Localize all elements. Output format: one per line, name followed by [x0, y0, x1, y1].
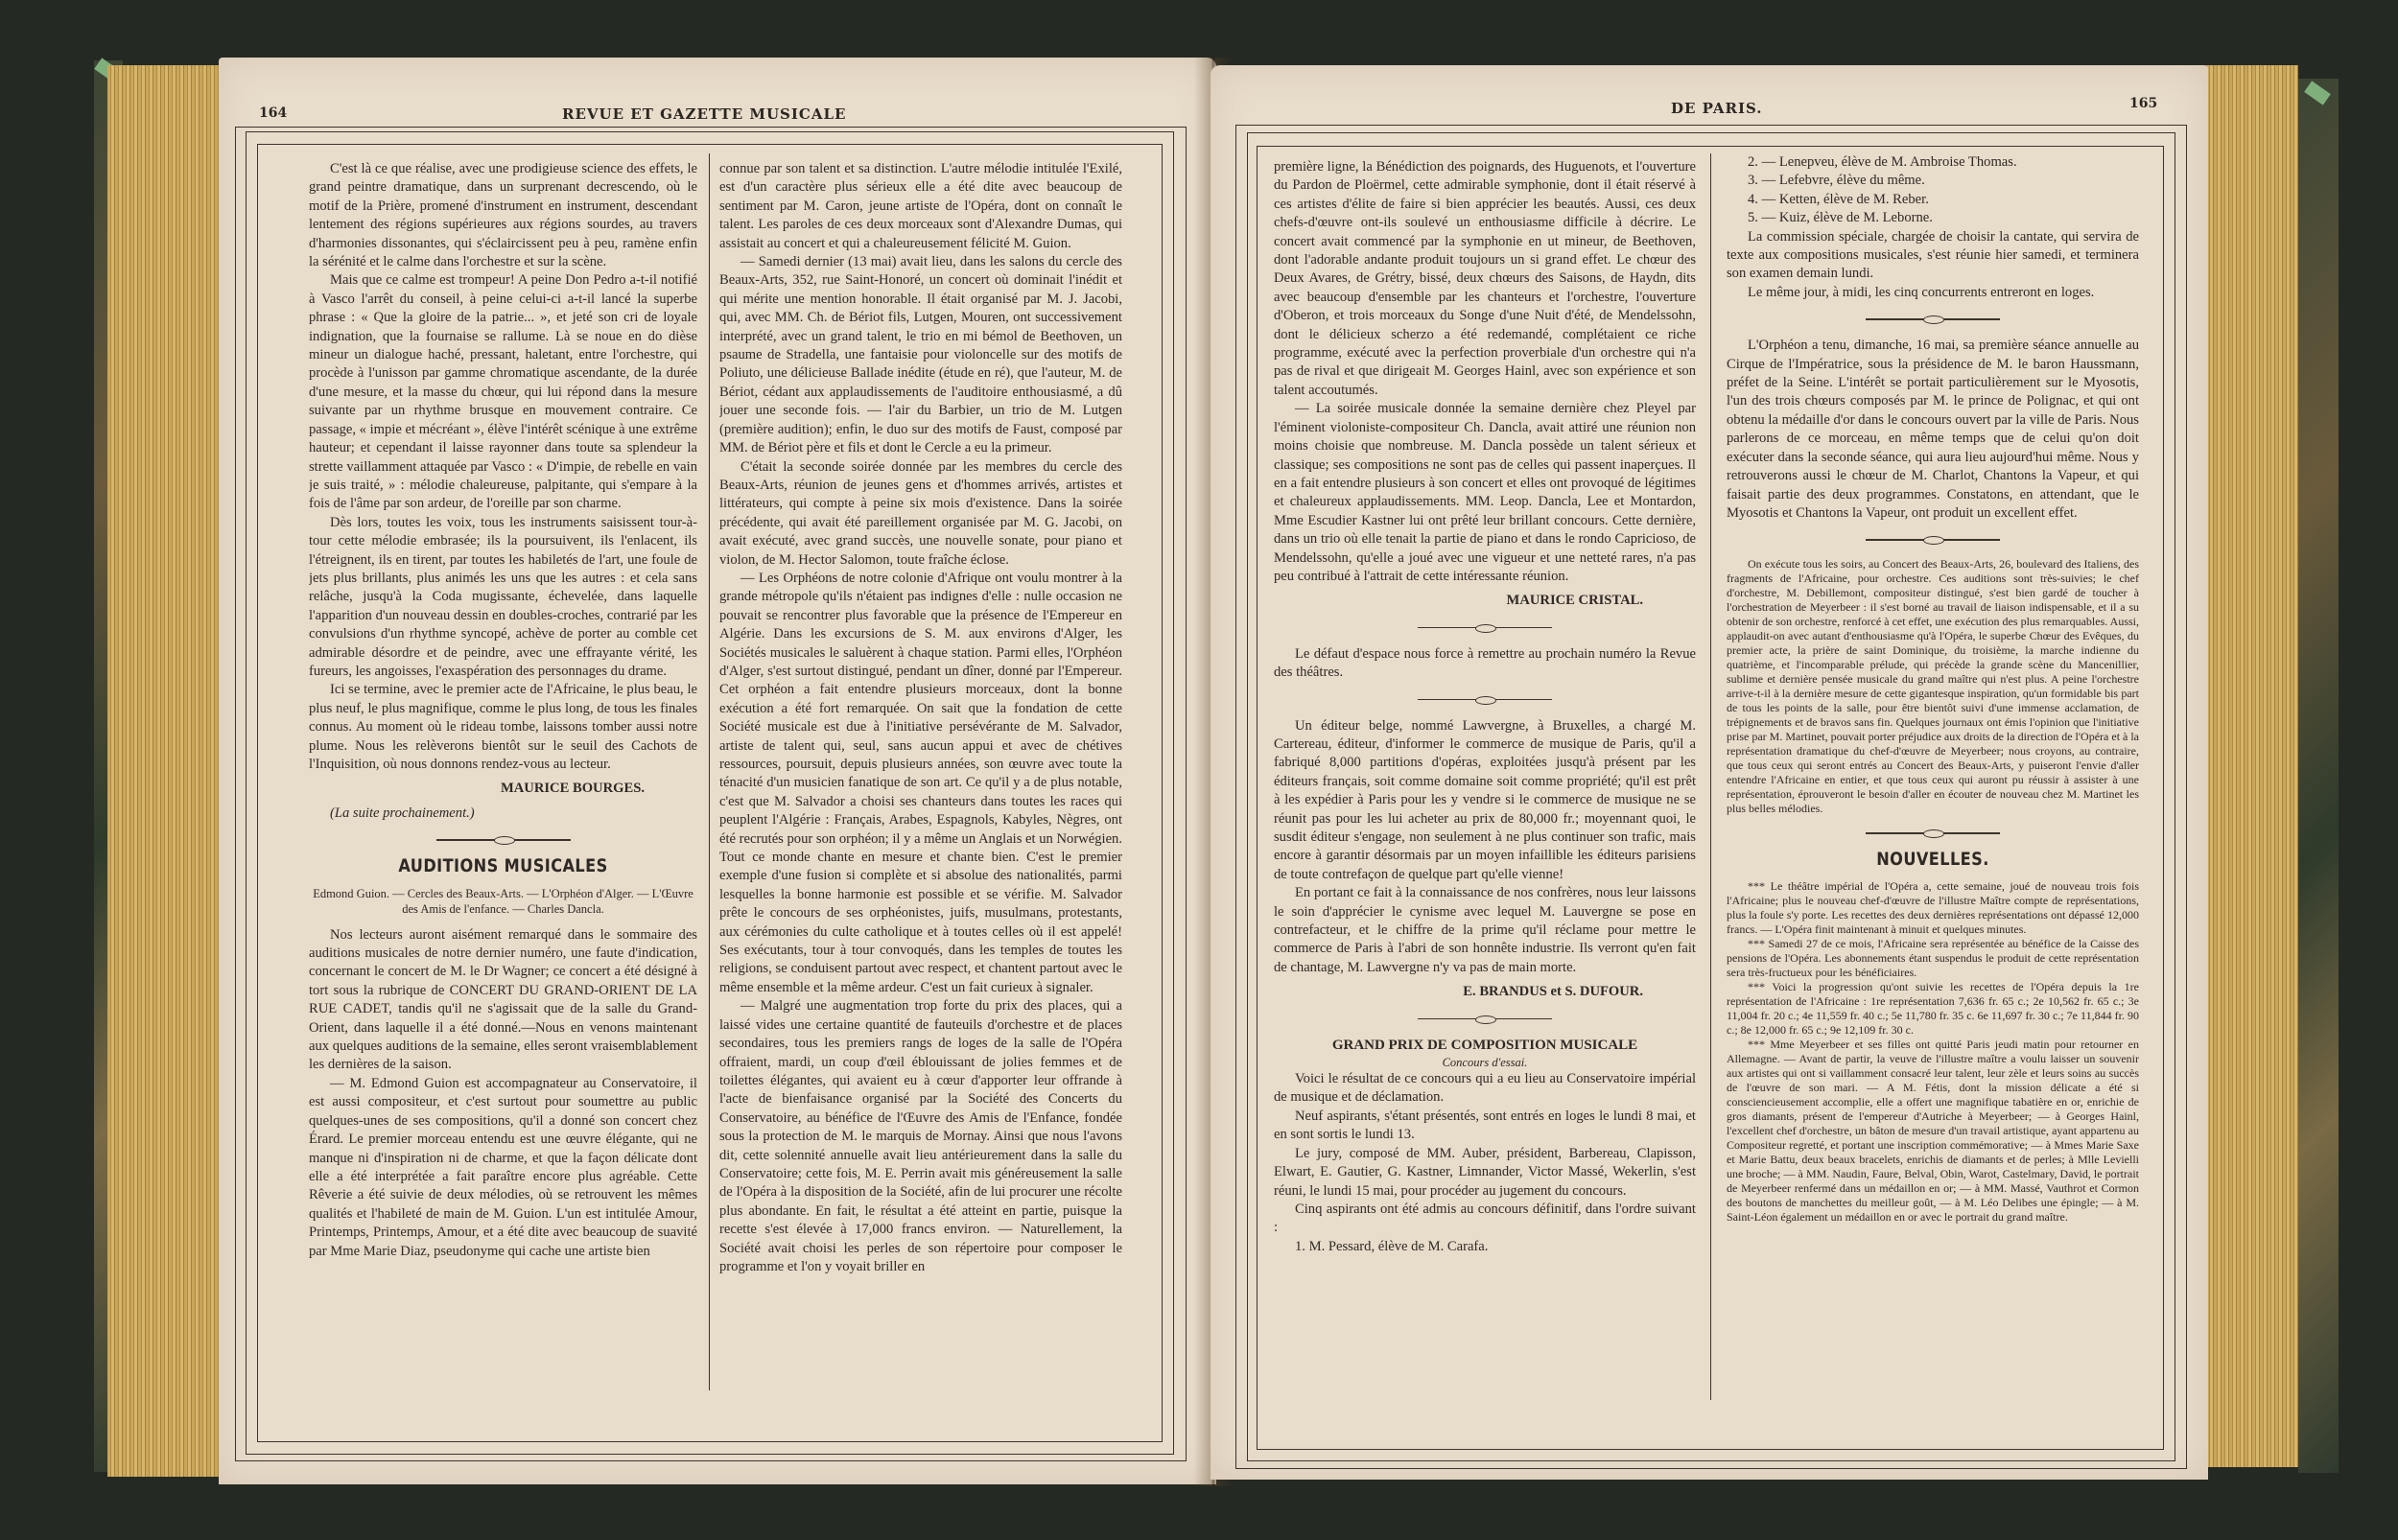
left-page-column-2: connue par son talent et sa distinction.… — [719, 160, 1122, 1407]
notice-theatres: Le défaut d'espace nous force à remettre… — [1274, 645, 1696, 683]
paragraph: Nos lecteurs auront aisément remarqué da… — [309, 926, 697, 1075]
right-page-column-2: 2. — Lenepveu, élève de M. Ambroise Thom… — [1727, 153, 2139, 1400]
page-edges-left — [107, 65, 221, 1477]
signature-brandus-dufour: E. BRANDUS et S. DUFOUR. — [1274, 983, 1696, 1001]
ornament-divider — [1418, 1015, 1552, 1023]
paragraph: Neuf aspirants, s'étant présentés, sont … — [1274, 1108, 1696, 1145]
paragraph: Mais que ce calme est trompeur! A peine … — [309, 271, 697, 513]
page-edges-right — [2206, 65, 2298, 1467]
page-number-right: 165 — [2129, 96, 2157, 111]
paragraph: C'est là ce que réalise, avec une prodig… — [309, 160, 697, 271]
news-item: *** Voici la progression qu'ont suivie l… — [1727, 980, 2139, 1038]
paragraph: L'Orphéon a tenu, dimanche, 16 mai, sa p… — [1727, 337, 2139, 523]
ornament-divider — [1866, 829, 2000, 837]
ranking-item: 3. — Lefebvre, élève du même. — [1727, 172, 2139, 190]
news-item: *** Mme Meyerbeer et ses filles ont quit… — [1727, 1038, 2139, 1225]
ornament-divider — [1418, 624, 1552, 632]
news-item: *** Le théâtre impérial de l'Opéra a, ce… — [1727, 879, 2139, 937]
running-head-right: DE PARIS. — [1671, 100, 1763, 117]
paragraph-small: On exécute tous les soirs, au Concert de… — [1727, 557, 2139, 816]
section-title-grand-prix: GRAND PRIX DE COMPOSITION MUSICALE — [1274, 1037, 1696, 1055]
paragraph: En portant ce fait à la connaissance de … — [1274, 884, 1696, 977]
column-rule-left — [709, 153, 710, 1390]
paragraph: Un éditeur belge, nommé Lawvergne, à Bru… — [1274, 717, 1696, 885]
ranking-item: 2. — Lenepveu, élève de M. Ambroise Thom… — [1727, 153, 2139, 172]
column-rule-right — [1710, 153, 1711, 1400]
signature-bourges: MAURICE BOURGES. — [309, 780, 697, 798]
paragraph: première ligne, la Bénédiction des poign… — [1274, 158, 1696, 400]
news-item: *** Samedi 27 de ce mois, l'Africaine se… — [1727, 937, 2139, 980]
paragraph: La commission spéciale, chargée de chois… — [1727, 228, 2139, 284]
ranking-item: 1. M. Pessard, élève de M. Carafa. — [1274, 1238, 1696, 1256]
page-number-left: 164 — [259, 105, 287, 121]
section-title-auditions: AUDITIONS MUSICALES — [338, 857, 668, 875]
signature-cristal: MAURICE CRISTAL. — [1274, 592, 1696, 610]
paragraph: Le même jour, à midi, les cinq concurren… — [1727, 284, 2139, 302]
continued-note: (La suite prochainement.) — [309, 805, 697, 823]
paragraph: — Les Orphéons de notre colonie d'Afriqu… — [719, 570, 1122, 997]
section-subtitle-concours: Concours d'essai. — [1274, 1055, 1696, 1070]
ranking-item: 5. — Kuiz, élève de M. Leborne. — [1727, 209, 2139, 227]
paragraph: — La soirée musicale donnée la semaine d… — [1274, 400, 1696, 586]
right-page-column-1: première ligne, la Bénédiction des poign… — [1274, 158, 1696, 1405]
left-page-column-1: C'est là ce que réalise, avec une prodig… — [309, 160, 697, 1407]
paragraph: C'était la seconde soirée donnée par les… — [719, 458, 1122, 570]
section-summary: Edmond Guion. — Cercles des Beaux-Arts. … — [309, 886, 697, 917]
running-head-left: REVUE ET GAZETTE MUSICALE — [562, 105, 846, 123]
paragraph: Le jury, composé de MM. Auber, président… — [1274, 1145, 1696, 1201]
book-cover-right — [2298, 79, 2339, 1473]
paragraph: — Samedi dernier (13 mai) avait lieu, da… — [719, 253, 1122, 457]
paragraph: Ici se termine, avec le premier acte de … — [309, 681, 697, 774]
ornament-divider — [1418, 696, 1552, 704]
paragraph: Cinq aspirants ont été admis au concours… — [1274, 1201, 1696, 1238]
paragraph: Voici le résultat de ce concours qui a e… — [1274, 1070, 1696, 1108]
ranking-item: 4. — Ketten, élève de M. Reber. — [1727, 191, 2139, 209]
ornament-divider — [436, 836, 571, 844]
paragraph: — M. Edmond Guion est accompagnateur au … — [309, 1075, 697, 1261]
paragraph: Dès lors, toutes les voix, tous les inst… — [309, 514, 697, 682]
ornament-divider — [1866, 536, 2000, 544]
section-title-nouvelles: NOUVELLES. — [1757, 851, 2108, 869]
ornament-divider — [1866, 315, 2000, 323]
paragraph: — Malgré une augmentation trop forte du … — [719, 997, 1122, 1276]
paragraph: connue par son talent et sa distinction.… — [719, 160, 1122, 253]
